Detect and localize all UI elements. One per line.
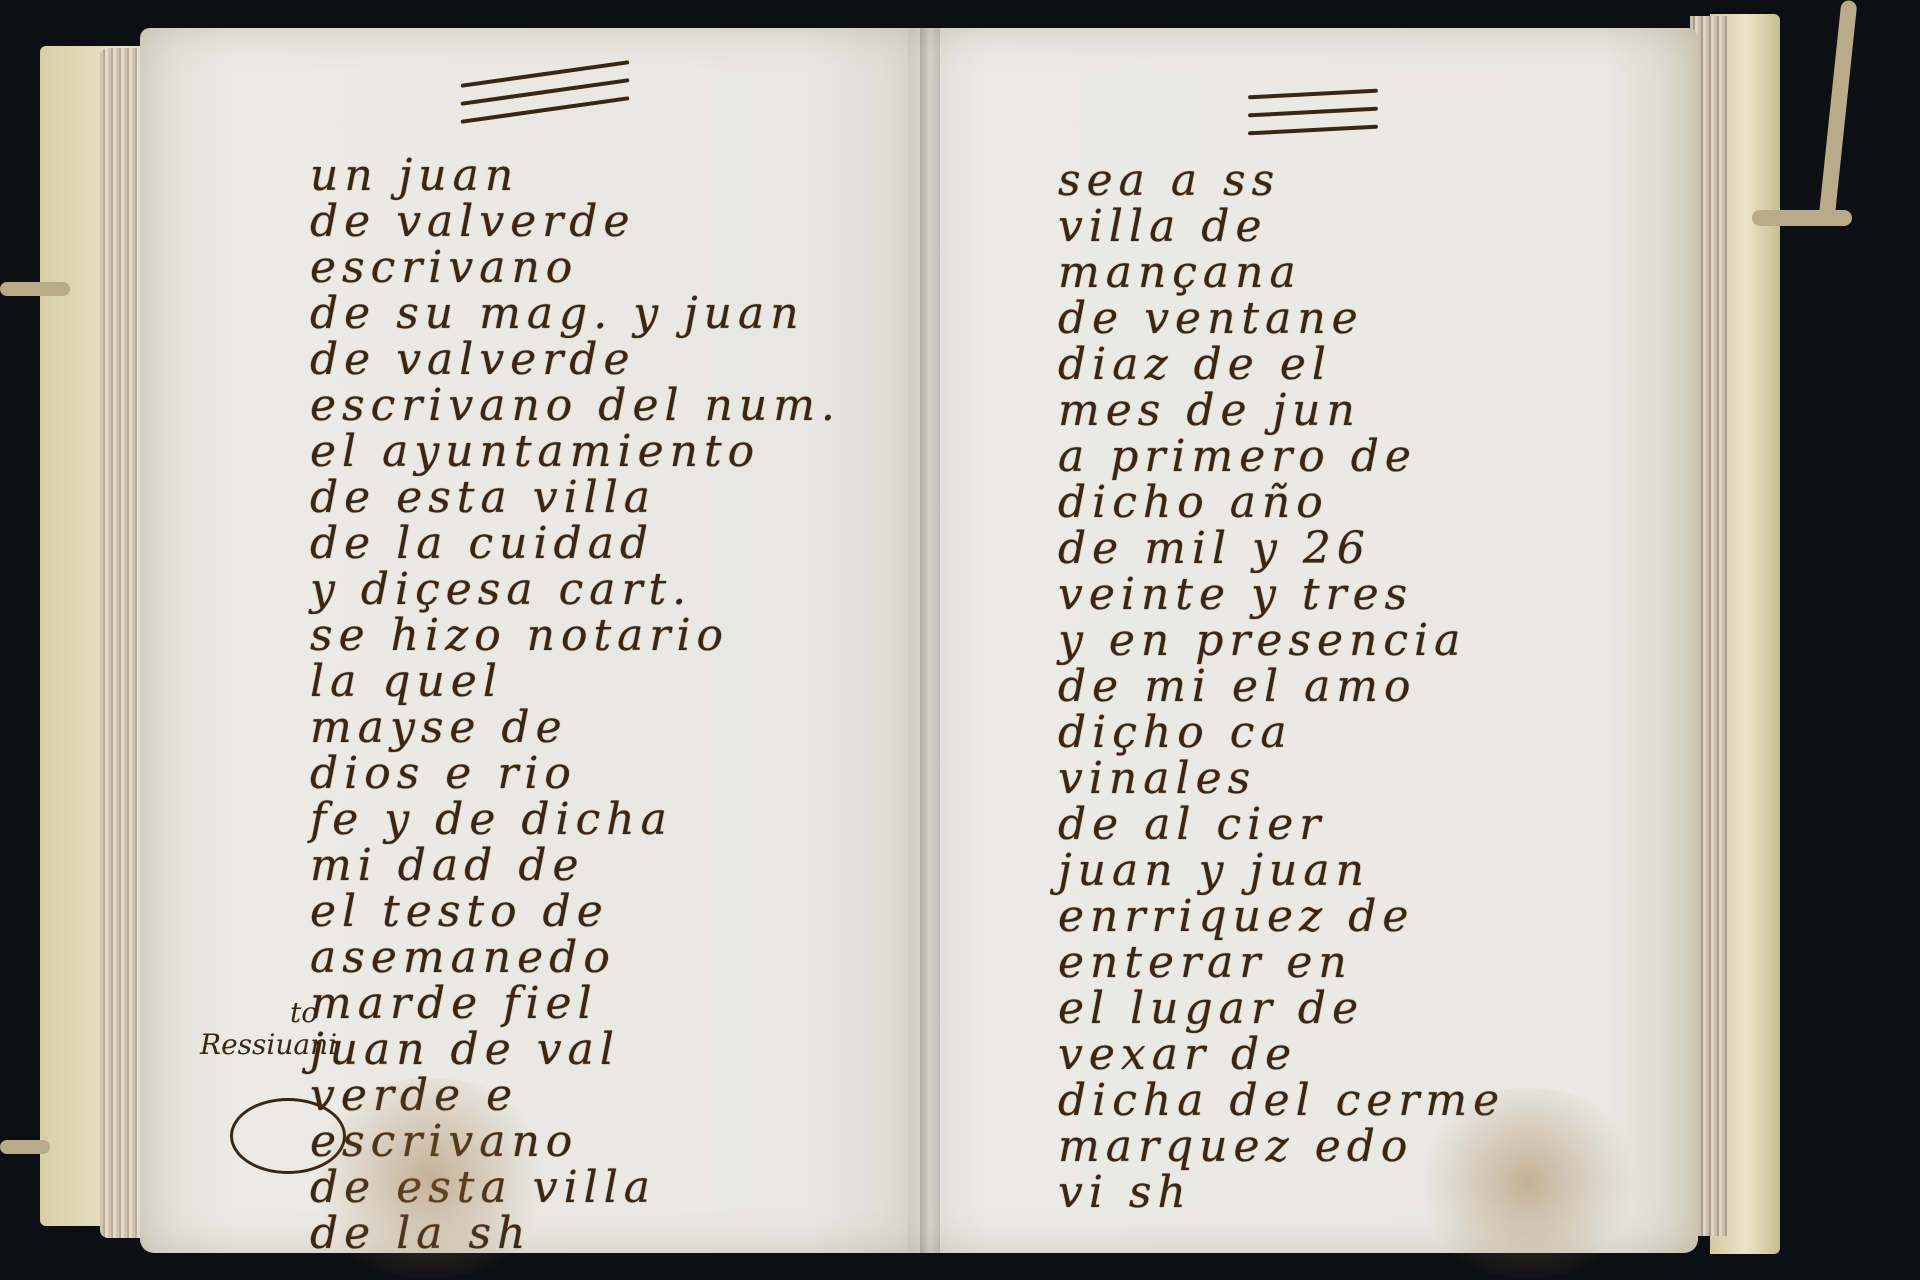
manuscript-line: de al cier [1058, 802, 1505, 848]
manuscript-line: asemanedo [310, 935, 841, 981]
heading-marks [460, 58, 630, 126]
manuscript-line: fe y de dicha [310, 797, 841, 843]
manuscript-line: la quel [310, 659, 841, 705]
manuscript-line: sea a ss [1058, 158, 1505, 204]
manuscript-line: de esta villa [310, 475, 841, 521]
manuscript-line: a primero de [1058, 434, 1505, 480]
manuscript-line: un juan [310, 153, 841, 199]
manuscript-line: escrivano [310, 245, 841, 291]
manuscript-line: se hizo notario [310, 613, 841, 659]
marginal-signature: Ressiuani [200, 1028, 337, 1061]
left-page: un juan de valverde escrivano de su mag.… [140, 28, 930, 1253]
left-tie-strap-bottom [0, 1140, 50, 1154]
manuscript-line: vexar de [1058, 1032, 1505, 1078]
right-tie-strap-loop [1752, 210, 1852, 226]
manuscript-line: el ayuntamiento [310, 429, 841, 475]
manuscript-line: mes de jun [1058, 388, 1505, 434]
manuscript-line: y en presencia [1058, 618, 1505, 664]
manuscript-line: diaz de el [1058, 342, 1505, 388]
manuscript-line: dios e rio [310, 751, 841, 797]
manuscript-line: de mi el amo [1058, 664, 1505, 710]
manuscript-volume: un juan de valverde escrivano de su mag.… [40, 8, 1780, 1270]
manuscript-line: vinales [1058, 756, 1505, 802]
manuscript-line: de su mag. y juan [310, 291, 841, 337]
manuscript-line: y diçesa cart. [310, 567, 841, 613]
manuscript-line: enterar en [1058, 940, 1505, 986]
manuscript-line: dicha del cerme [1058, 1078, 1505, 1124]
manuscript-line: el testo de [310, 889, 841, 935]
right-text-block: sea a ss villa de mançana de ventane dia… [1058, 158, 1505, 1216]
manuscript-line: villa de [1058, 204, 1505, 250]
manuscript-line: mi dad de [310, 843, 841, 889]
manuscript-line: enrriquez de [1058, 894, 1505, 940]
manuscript-line: juan y juan [1058, 848, 1505, 894]
manuscript-line: diçho ca [1058, 710, 1505, 756]
heading-marks [1248, 78, 1378, 146]
manuscript-line: de valverde [310, 337, 841, 383]
left-tie-strap [0, 282, 70, 296]
manuscript-line: de mil y 26 [1058, 526, 1505, 572]
manuscript-line: de la cuidad [310, 521, 841, 567]
manuscript-line: escrivano del num. [310, 383, 841, 429]
manuscript-line: de valverde [310, 199, 841, 245]
right-tie-strap [1819, 0, 1858, 220]
right-page: sea a ss villa de mançana de ventane dia… [908, 28, 1698, 1253]
manuscript-line: juan de val [310, 1027, 841, 1073]
water-stain [1408, 1088, 1648, 1278]
water-stain [300, 1078, 560, 1278]
book-gutter [920, 28, 940, 1253]
marginal-note: to [290, 996, 318, 1029]
manuscript-line: veinte y tres [1058, 572, 1505, 618]
manuscript-line: mayse de [310, 705, 841, 751]
manuscript-line: el lugar de [1058, 986, 1505, 1032]
manuscript-line: mançana [1058, 250, 1505, 296]
manuscript-line: dicho año [1058, 480, 1505, 526]
manuscript-line: marde fiel [310, 981, 841, 1027]
manuscript-line: de ventane [1058, 296, 1505, 342]
